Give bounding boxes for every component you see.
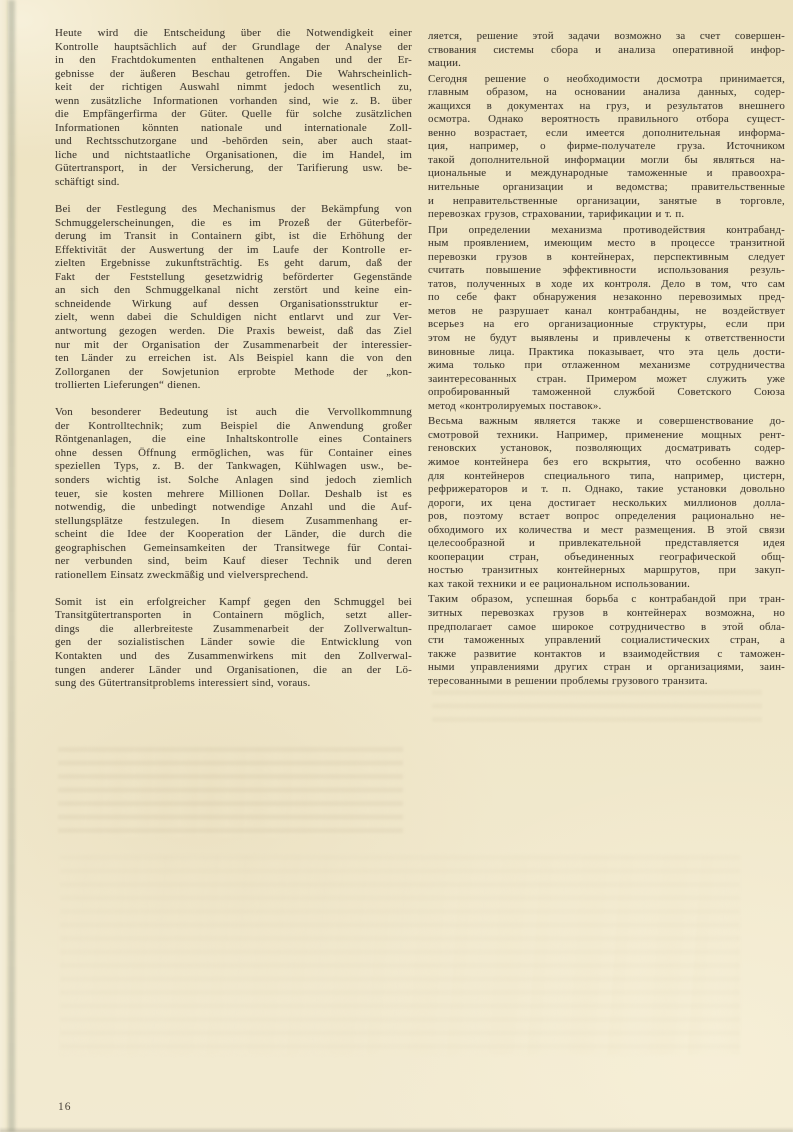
text-line: кооперации стран, объединенных географич… — [428, 551, 785, 565]
text-line: перевозки грузов в контейнерах, перспект… — [428, 251, 785, 265]
text-line: sonders wichtig ist. Solche Anlagen sind… — [55, 474, 412, 488]
text-line: Somit ist ein erfolgreicher Kampf gegen … — [55, 596, 412, 610]
text-line: geographischen Gemeinsamkeiten der Trans… — [55, 542, 412, 556]
text-line: dings die allerbreiteste Zusammenarbeit … — [55, 623, 412, 637]
text-line: Весьма важным является также и совершенс… — [428, 415, 785, 429]
text-line: Kontrolle hauptsächlich auf der Grundlag… — [55, 41, 412, 55]
page-number: 16 — [58, 1101, 72, 1113]
text-line: ными управлениями других стран и организ… — [428, 661, 785, 675]
page-bottom-edge-shadow — [0, 1127, 793, 1132]
paragraph: Somit ist ein erfolgreicher Kampf gegen … — [55, 596, 412, 691]
text-line: in den Frachtdokumenten enthaltenen Anga… — [55, 54, 412, 68]
text-line: метов не разрушает канал контрабандны, н… — [428, 305, 785, 319]
text-line: Kontakten und des Zusammenwirkens mit de… — [55, 650, 412, 664]
bleedthrough-ghost-text — [60, 855, 740, 1055]
text-line: главным образом, на основании анализа да… — [428, 86, 785, 100]
paragraph: ляется, решение этой задачи возможно за … — [428, 30, 785, 71]
text-line: teuer, sie kosten mehrere Millionen Doll… — [55, 488, 412, 502]
text-line: der Kontrolltechnik; zum Beispiel die An… — [55, 420, 412, 434]
text-line: нительные организации и ведомства; прави… — [428, 181, 785, 195]
text-line: по себе факт обнаружения незаконно перев… — [428, 291, 785, 305]
text-line: опробированный таможенной службой Советс… — [428, 386, 785, 400]
text-line: циональные и международные таможенные и … — [428, 167, 785, 181]
text-line: Heute wird die Entscheidung über die Not… — [55, 27, 412, 41]
text-line: виновные лица. Практика показывает, что … — [428, 346, 785, 360]
text-line: keit der richtigen Auswahl nimmt jedoch … — [55, 81, 412, 95]
text-line: осмотра. Однако вероятность правильного … — [428, 113, 785, 127]
text-line: sung des Gütertransitproblems interessie… — [55, 677, 412, 691]
page-left-edge-highlight — [0, 0, 8, 1132]
text-line: мации. — [428, 57, 785, 71]
text-line: trollierten Lieferungen“ dienen. — [55, 379, 412, 393]
text-line: an sich den Schmuggelkanal nicht zerstör… — [55, 284, 412, 298]
text-line: дороги, их цена достигает нескольких мил… — [428, 497, 785, 511]
bleedthrough-ghost-text — [58, 747, 403, 837]
text-line: Gütertransport, in der Versicherung, der… — [55, 162, 412, 176]
text-line: Transitgütertransporten in Containern mö… — [55, 609, 412, 623]
text-line: ция, например, о фирме-получателе груза.… — [428, 140, 785, 154]
text-line: ten Länder zu erreichen ist. Als Beispie… — [55, 352, 412, 366]
text-line: Bei der Festlegung des Mechanismus der B… — [55, 203, 412, 217]
text-line: gen der sozialistischen Länder sowie die… — [55, 636, 412, 650]
text-line: ляется, решение этой задачи возможно за … — [428, 30, 785, 44]
paragraph: Bei der Festlegung des Mechanismus der B… — [55, 203, 412, 393]
text-line: nur mit der Organisation der Zusammenarb… — [55, 339, 412, 353]
text-line: Effektivität der Auswertung der im Laufe… — [55, 244, 412, 258]
text-line: сти таможенных управлений социалистическ… — [428, 634, 785, 648]
text-line: ров, поэтому встает вопрос определения р… — [428, 510, 785, 524]
text-line: derung im Transit in Containern gibt, is… — [55, 230, 412, 244]
text-line: татов, полученных в ходе их контроля. Де… — [428, 278, 785, 292]
text-line: Röntgenanlagen, die eine Inhaltskontroll… — [55, 433, 412, 447]
text-line: жимое контейнера без его вскрытия, что о… — [428, 456, 785, 470]
text-line: заинтересованных стран. Примером может с… — [428, 373, 785, 387]
text-line: notwendig, die unbedingt notwendige Anza… — [55, 501, 412, 515]
scanned-book-page: Heute wird die Entscheidung über die Not… — [0, 0, 793, 1132]
text-line: Zollorganen der Sowjetunion erprobte Met… — [55, 366, 412, 380]
russian-text-column: ляется, решение этой задачи возможно за … — [428, 30, 785, 688]
text-line: жима только при отлаженном механизме сот… — [428, 359, 785, 373]
text-line: метод «контролируемых поставок». — [428, 400, 785, 414]
page-left-fold-shadow — [8, 0, 15, 1132]
text-line: геновских установок, позволяющих досматр… — [428, 442, 785, 456]
text-line: для контейнеров специального типа, напри… — [428, 470, 785, 484]
german-text-column: Heute wird die Entscheidung über die Not… — [55, 27, 412, 691]
text-line: liche und nichtstaatliche Organisationen… — [55, 149, 412, 163]
text-line: und Rechtsschutzorgane und -behörden sei… — [55, 135, 412, 149]
text-line: schäftigt sind. — [55, 176, 412, 190]
text-line: предполагает самое широкое сотрудничеств… — [428, 621, 785, 635]
text-line: ствования системы сбора и анализа операт… — [428, 44, 785, 58]
text-line: обходимого их количества и мест размещен… — [428, 524, 785, 538]
text-line: ках такой техники и ее рациональном испо… — [428, 578, 785, 592]
text-line: ohne dessen Öffnung ermöglichen, was für… — [55, 447, 412, 461]
paragraph: Таким образом, успешная борьба с контраб… — [428, 593, 785, 688]
paragraph: При определении механизма противодействи… — [428, 224, 785, 414]
text-line: Informationen könnten nationale und inte… — [55, 122, 412, 136]
text-line: rationellem Einsatz zweckmäßig und vielv… — [55, 569, 412, 583]
paragraph: Сегодня решение о необходимости досмотра… — [428, 73, 785, 222]
text-line: тересованными в решении проблемы грузово… — [428, 675, 785, 689]
text-line: такой дополнительной информации могли бы… — [428, 154, 785, 168]
text-line: смотровой техники. Например, применение … — [428, 429, 785, 443]
text-line: и неправительственные организации, занят… — [428, 195, 785, 209]
text-line: всерьез на его организационные структуры… — [428, 318, 785, 332]
paragraph: Von besonderer Bedeutung ist auch die Ve… — [55, 406, 412, 582]
text-line: целесообразной и привлекательной предста… — [428, 537, 785, 551]
text-line: ner verbunden sind, beim Kauf dieser Tec… — [55, 555, 412, 569]
text-line: Таким образом, успешная борьба с контраб… — [428, 593, 785, 607]
text-line: При определении механизма противодействи… — [428, 224, 785, 238]
text-line: этом не будут выявлены и привлечены к от… — [428, 332, 785, 346]
text-line: жащихся в документах на груз, и результа… — [428, 100, 785, 114]
text-line: Schmuggelerscheinungen, die es im Prozeß… — [55, 217, 412, 231]
text-line: Von besonderer Bedeutung ist auch die Ve… — [55, 406, 412, 420]
bleedthrough-ghost-text — [432, 690, 762, 724]
text-line: Сегодня решение о необходимости досмотра… — [428, 73, 785, 87]
text-line: speziellen Typs, z. B. der Tankwagen, Kü… — [55, 460, 412, 474]
text-line: ным проявлением, имеющим место в процесс… — [428, 237, 785, 251]
paragraph: Heute wird die Entscheidung über die Not… — [55, 27, 412, 190]
text-line: ностью транзитных контейнерных маршрутов… — [428, 564, 785, 578]
text-line: gebnisse der äußeren Beschau getroffen. … — [55, 68, 412, 82]
text-line: wenn zusätzliche Informationen vorhanden… — [55, 95, 412, 109]
text-line: schneidende Wirkung auf dessen Organisat… — [55, 298, 412, 312]
text-line: также развитие контактов и взаимодействи… — [428, 648, 785, 662]
text-line: зитных перевозках грузов в контейнерах в… — [428, 607, 785, 621]
text-line: zielt, wenn dabei die Schuldigen nicht e… — [55, 311, 412, 325]
text-line: antwortung gezogen werden. Die Praxis be… — [55, 325, 412, 339]
text-line: считать повышение эффективности использо… — [428, 264, 785, 278]
text-line: перевозках грузов, страховании, тарифика… — [428, 208, 785, 222]
text-line: zielten Ergebnisse zukunftsträchtig. Es … — [55, 257, 412, 271]
text-line: tungen anderer Länder und Organisationen… — [55, 664, 412, 678]
text-line: рефрижераторов и т. п. Однако, такие уст… — [428, 483, 785, 497]
paragraph: Весьма важным является также и совершенс… — [428, 415, 785, 591]
text-line: венно возрастает, если имеется дополните… — [428, 127, 785, 141]
text-line: scheint die Idee der Kooperation der Län… — [55, 528, 412, 542]
text-line: Fakt der Feststellung gesetzwidrig beför… — [55, 271, 412, 285]
text-line: die Empfängerfirma der Güter. Quelle für… — [55, 108, 412, 122]
text-line: stellungsplätze festzulegen. In diesem Z… — [55, 515, 412, 529]
